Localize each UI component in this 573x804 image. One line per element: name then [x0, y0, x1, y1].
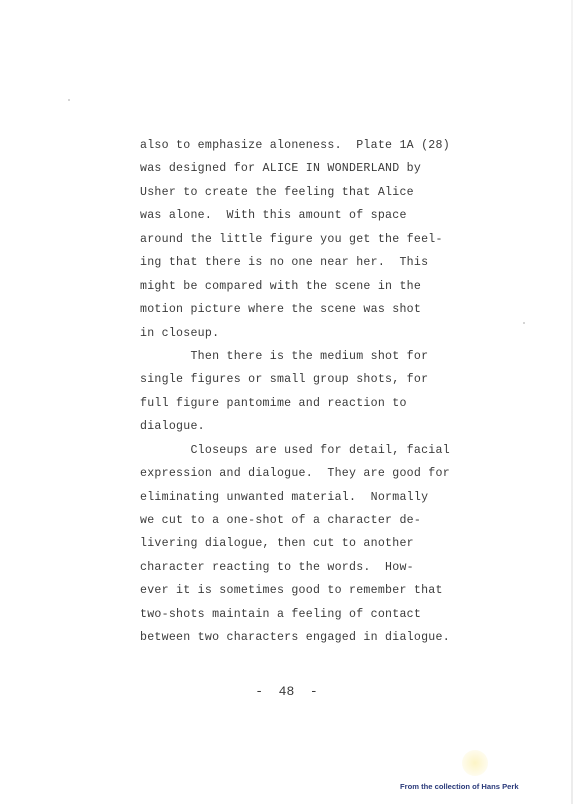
- text-line: was designed for ALICE IN WONDERLAND by: [140, 161, 480, 184]
- text-line: motion picture where the scene was shot: [140, 302, 480, 325]
- text-line: single figures or small group shots, for: [140, 372, 480, 395]
- text-line: eliminating unwanted material. Normally: [140, 490, 480, 513]
- text-line: might be compared with the scene in the: [140, 279, 480, 302]
- text-line: we cut to a one-shot of a character de-: [140, 513, 480, 536]
- collection-watermark: From the collection of Hans Perk: [400, 782, 519, 791]
- text-line: dialogue.: [140, 419, 480, 442]
- text-line: expression and dialogue. They are good f…: [140, 466, 480, 489]
- text-line: Closeups are used for detail, facial: [140, 443, 480, 466]
- document-page: also to emphasize aloneness. Plate 1A (2…: [0, 0, 573, 804]
- paper-stain: [462, 750, 488, 776]
- text-line: ever it is sometimes good to remember th…: [140, 583, 480, 606]
- text-line: around the little figure you get the fee…: [140, 232, 480, 255]
- text-line: Then there is the medium shot for: [140, 349, 480, 372]
- paper-speck: [523, 322, 525, 324]
- text-line: also to emphasize aloneness. Plate 1A (2…: [140, 138, 480, 161]
- text-line: between two characters engaged in dialog…: [140, 630, 480, 653]
- text-line: Usher to create the feeling that Alice: [140, 185, 480, 208]
- page-number: - 48 -: [0, 684, 573, 699]
- text-line: was alone. With this amount of space: [140, 208, 480, 231]
- text-line: full figure pantomime and reaction to: [140, 396, 480, 419]
- text-line: livering dialogue, then cut to another: [140, 536, 480, 559]
- text-line: in closeup.: [140, 326, 480, 349]
- text-line: ing that there is no one near her. This: [140, 255, 480, 278]
- text-line: two-shots maintain a feeling of contact: [140, 607, 480, 630]
- paper-speck: [68, 99, 70, 101]
- typed-body-text: also to emphasize aloneness. Plate 1A (2…: [140, 138, 480, 654]
- text-line: character reacting to the words. How-: [140, 560, 480, 583]
